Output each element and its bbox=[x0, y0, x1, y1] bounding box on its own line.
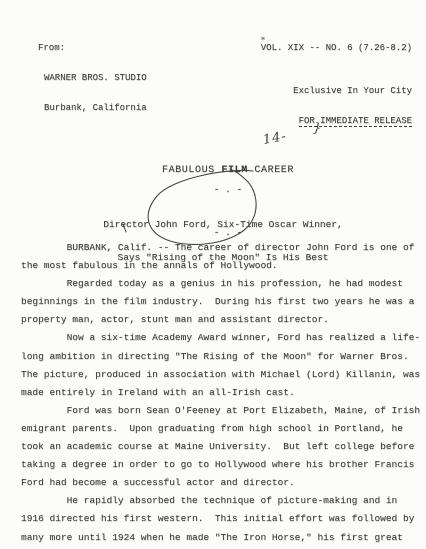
body-line: taking a degree in order to go to Hollyw… bbox=[21, 456, 417, 474]
studio-city: Burbank, California bbox=[38, 103, 147, 113]
body-line: 1916 directed his first western. This in… bbox=[21, 510, 417, 528]
studio-name: WARNER BROS. STUDIO bbox=[38, 73, 147, 83]
subtitle-line1: Director John Ford, Six-Time Oscar Winne… bbox=[0, 219, 426, 230]
body-line: made entirely in Ireland with an all-Iri… bbox=[21, 384, 417, 402]
body-text: BURBANK, Calif. -- The career of directo… bbox=[21, 239, 417, 547]
body-line: emigrant parents. Upon graduating from h… bbox=[21, 420, 417, 438]
from-label: From: bbox=[38, 43, 147, 53]
body-line: The picture, produced in association wit… bbox=[21, 366, 417, 384]
body-line: Ford was born Sean O'Feeney at Port Eliz… bbox=[21, 402, 417, 420]
body-line: He rapidly absorbed the technique of pic… bbox=[21, 492, 417, 510]
headline-emphasis: FILM bbox=[221, 165, 247, 176]
body-line: property man, actor, stunt man and assis… bbox=[21, 311, 417, 329]
body-line: BURBANK, Calif. -- The career of directo… bbox=[21, 239, 417, 257]
press-release-page: From: WARNER BROS. STUDIO Burbank, Calif… bbox=[0, 0, 426, 549]
release-line: FOR IMMEDIATE RELEASE bbox=[261, 116, 412, 127]
handwritten-star-mark: * bbox=[261, 36, 265, 45]
body-line: long ambition in directing "The Rising o… bbox=[21, 348, 417, 366]
body-line: Now a six-time Academy Award winner, For… bbox=[21, 329, 417, 347]
body-line: many more until 1924 when he made "The I… bbox=[21, 529, 417, 547]
body-line: the most fabulous in the annals of Holly… bbox=[21, 257, 417, 275]
body-line: took an academic course at Maine Univers… bbox=[21, 438, 417, 456]
handwritten-bracket-mark: } bbox=[312, 121, 321, 137]
volume-line: VOL. XIX -- NO. 6 (7.26-8.2) bbox=[261, 43, 412, 53]
separator-top: - . - bbox=[0, 184, 426, 195]
exclusive-line: Exclusive In Your City bbox=[261, 86, 412, 96]
headline: FABULOUS FILM CAREER bbox=[0, 165, 426, 176]
sender-block: From: WARNER BROS. STUDIO Burbank, Calif… bbox=[38, 23, 147, 133]
body-line: Ford had become a successful actor and d… bbox=[21, 474, 417, 492]
body-line: beginnings in the film industry. During … bbox=[21, 293, 417, 311]
body-line: Regarded today as a genius in his profes… bbox=[21, 275, 417, 293]
